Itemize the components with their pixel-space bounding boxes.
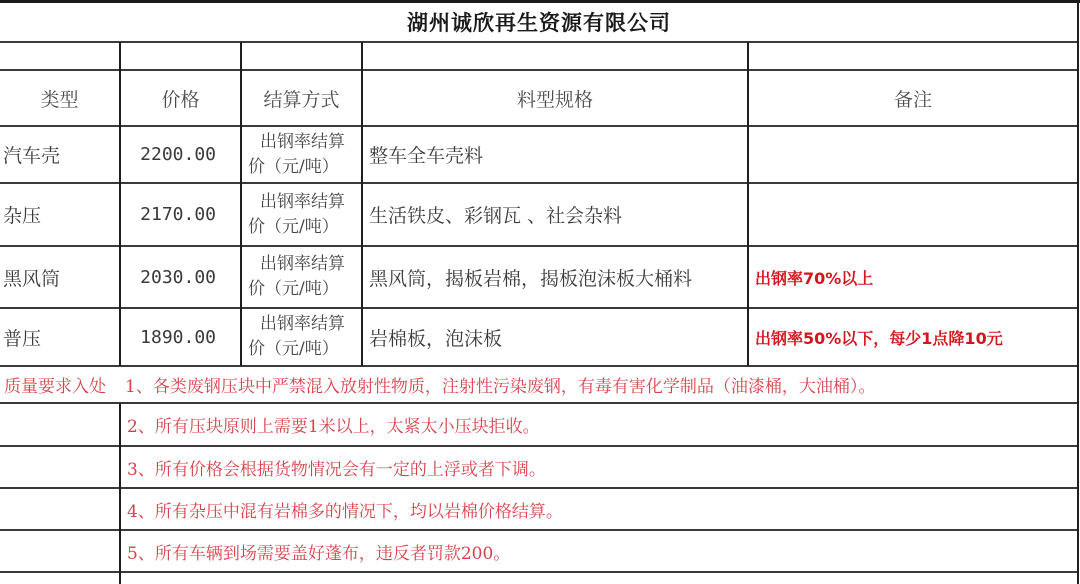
settlement-line1: 出钢率结算 [248, 252, 345, 277]
cell-spec: 整车全车壳料 [363, 127, 747, 182]
header-spec: 料型规格 [363, 71, 747, 125]
requirement-item: 3、所有价格会根据货物情况会有一定的上浮或者下调。 [121, 447, 1077, 487]
cell-type: 黑风筒 [0, 247, 119, 307]
cell-settlement: 出钢率结算 价（元/吨） [242, 184, 361, 245]
cell-note [749, 184, 1077, 245]
header-price: 价格 [121, 71, 240, 125]
requirement-item: 5、所有车辆到场需要盖好蓬布，违反者罚款200。 [121, 531, 1077, 571]
settlement-line1: 出钢率结算 [248, 312, 345, 337]
header-settlement: 结算方式 [242, 71, 361, 125]
settlement-line2: 价（元/吨） [248, 337, 339, 362]
company-title: 湖州诚欣再生资源有限公司 [0, 3, 1078, 41]
cell-settlement: 出钢率结算 价（元/吨） [242, 247, 361, 307]
requirement-item: 2、所有压块原则上需要1米以上，太紧太小压块拒收。 [121, 404, 1077, 445]
cell-price: 2200.00 [121, 127, 240, 182]
grid-line [0, 571, 1078, 573]
cell-type: 普压 [0, 309, 119, 365]
grid-line [0, 41, 1078, 43]
settlement-line2: 价（元/吨） [248, 155, 339, 180]
header-type: 类型 [0, 71, 119, 125]
settlement-line2: 价（元/吨） [248, 277, 339, 302]
cell-price: 2030.00 [121, 247, 240, 307]
cell-note: 出钢率70%以上 [749, 247, 1077, 307]
cell-settlement: 出钢率结算 价（元/吨） [242, 309, 361, 365]
settlement-line2: 价（元/吨） [248, 215, 339, 240]
grid-line [1077, 0, 1079, 584]
header-note: 备注 [749, 71, 1077, 125]
cell-price: 1890.00 [121, 309, 240, 365]
cell-spec: 岩棉板，泡沫板 [363, 309, 747, 365]
cell-type: 杂压 [0, 184, 119, 245]
settlement-line1: 出钢率结算 [248, 190, 345, 215]
requirement-item: 4、所有杂压中混有岩棉多的情况下，均以岩棉价格结算。 [121, 489, 1077, 529]
settlement-line1: 出钢率结算 [248, 130, 345, 155]
cell-note [749, 127, 1077, 182]
cell-note: 出钢率50%以下，每少1点降10元 [749, 309, 1077, 365]
requirements-label: 质量要求入处 [0, 367, 119, 402]
cell-settlement: 出钢率结算 价（元/吨） [242, 127, 361, 182]
price-sheet: 湖州诚欣再生资源有限公司 类型 价格 结算方式 料型规格 备注 汽车壳 2200… [0, 0, 1080, 584]
cell-type: 汽车壳 [0, 127, 119, 182]
cell-spec: 生活铁皮、彩钢瓦 、社会杂料 [363, 184, 747, 245]
requirement-item: 1、各类废钢压块中严禁混入放射性物质，注射性污染废钢，有毒有害化学制品（油漆桶，… [121, 367, 1077, 402]
cell-price: 2170.00 [121, 184, 240, 245]
cell-spec: 黑风筒，揭板岩棉，揭板泡沫板大桶料 [363, 247, 747, 307]
